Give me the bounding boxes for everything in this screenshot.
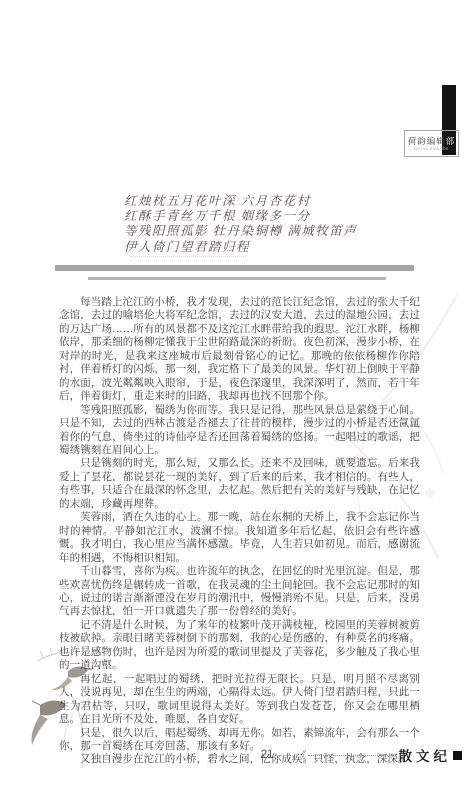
poem-line: 红酥手青丝万千根 姻缘多一分 (124, 209, 357, 224)
footer-guillemet: 《 (296, 747, 307, 763)
divider-rule-thin (88, 277, 386, 280)
paragraph: 千山暮雪，喜你为疾。也许流年的执念，在回忆的时光里沉淀。但是，那些欢喜忧伤终是辗… (59, 565, 420, 619)
editorial-department-title: 荷韵编辑部 (408, 136, 456, 146)
poem-line: 等残阳照孤影 牡丹染铜樽 满城牧笛声 (124, 224, 357, 239)
paragraph: 芙蓉雨，洒在久违的心上。那一晚，站在东桐的天桥上，我不会忘记你当时的神情。平静如… (59, 511, 420, 565)
footer-end-square (453, 751, 462, 760)
editorial-department-pinyin: Heyun bianjibu (414, 146, 449, 151)
divider-rule-thick (55, 265, 414, 271)
article-body: 每当踏上沱江的小桥，我才发现，去过的范长江纪念馆，去过的张大千纪念馆，去过的喻培… (59, 296, 420, 767)
poem-line: 伊人倚门望君踏归程 (124, 240, 357, 255)
page-number: 21 (261, 749, 274, 761)
page-footer: 21 《 散文纪 (261, 745, 462, 765)
paragraph: 记不清是什么时候，为了来年的枝繁叶茂开满枝桠，校园里的芙蓉树被剪枝被砍掉。亲眼目… (59, 619, 420, 673)
poem-line: 红烛枕五月花叶深 六月杏花村 (124, 194, 357, 209)
paragraph: 等残阳照孤影，蜀绣为你而等。我只是记得，那些风景总是萦绕于心间。只是不知，去过的… (59, 404, 420, 458)
footer-dotted-rule (308, 755, 396, 756)
paragraph: 再忆起，一起唱过的蜀绣，把时光拉得无限长。只是，明月照不尽离别人，没说再见，却在… (59, 673, 420, 727)
paragraph: 每当踏上沱江的小桥，我才发现，去过的范长江纪念馆，去过的张大千纪念馆，去过的喻培… (59, 296, 420, 404)
editorial-department-title-last-char: 部 (446, 136, 456, 146)
editorial-department-title-main: 荷韵编辑 (408, 136, 446, 146)
section-title: 散文纪 (399, 745, 452, 765)
paragraph: 只是镌刻的时光，那么短，又那么长。还来不及回味，就要遗忘。后来我爱上了昙花，都说… (59, 457, 420, 511)
poem-epigraph: 红烛枕五月花叶深 六月杏花村 红酥手青丝万千根 姻缘多一分 等残阳照孤影 牡丹染… (124, 194, 357, 255)
faint-dotted-line (130, 256, 246, 257)
editorial-department-tab: 荷韵编辑部 Heyun bianjibu (404, 130, 459, 157)
magazine-page: 荷韵编辑部 Heyun bianjibu 红烛枕五月花叶深 六月杏花村 红酥手青… (0, 0, 473, 800)
